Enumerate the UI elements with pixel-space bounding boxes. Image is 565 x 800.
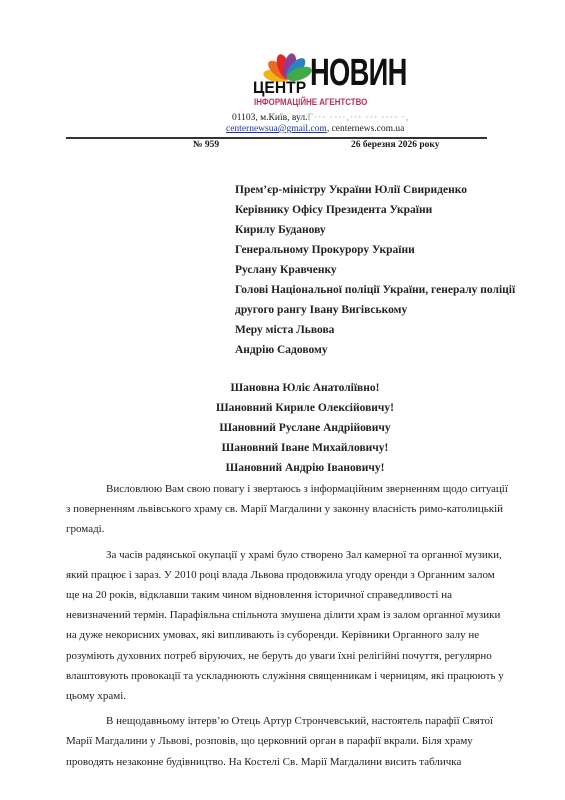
paragraph-line: невизначений термін. Парафіяльна спільно…: [66, 605, 528, 625]
addressee-line: Меру міста Львова: [235, 320, 515, 340]
paragraph: Висловлюю Вам свою повагу і звертаюсь з …: [66, 479, 528, 540]
addressee-line: Прем’єр-міністру України Юлії Свириденко: [235, 180, 515, 200]
address-text: 01103, м.Київ, вул.: [232, 113, 307, 123]
paragraph-line: В нещодавньому інтерв’ю Отець Артур Стро…: [66, 711, 528, 731]
paragraph: За часів радянської окупації у храмі бул…: [66, 545, 528, 707]
letter-body: Висловлюю Вам свою повагу і звертаюсь з …: [66, 479, 528, 772]
addressee-block: Прем’єр-міністру України Юлії Свириденко…: [235, 180, 515, 360]
postal-address: 01103, м.Київ, вул.Г··· ····,··· ··· ···…: [0, 113, 565, 123]
salutation-line: Шановний Руслане Андрійовичу: [0, 418, 565, 438]
paragraph: В нещодавньому інтерв’ю Отець Артур Стро…: [66, 711, 528, 772]
paragraph-line: на дуже некорисних умовах, які випливают…: [66, 625, 528, 645]
paragraph-line: який працює і зараз. У 2010 році влада Л…: [66, 565, 528, 585]
paragraph-line: цьому храмі.: [66, 686, 528, 706]
paragraph-line: Марії Магдалини у Львові, розповів, що ц…: [66, 731, 528, 751]
paragraph-line: ще на 20 років, відклавши таким чином ві…: [66, 585, 528, 605]
paragraph-line: влаштовують провокації та ускладнюють сл…: [66, 666, 528, 686]
header-divider: [66, 137, 487, 139]
document-date: 26 березня 2026 року: [351, 140, 440, 150]
letter-page: ЦЕНТР НОВИН ІНФОРМАЦІЙНЕ АГЕНТСТВО 01103…: [0, 0, 565, 800]
paragraph-line: Висловлюю Вам свою повагу і звертаюсь з …: [66, 479, 528, 499]
document-number: № 959: [193, 140, 219, 150]
logo: ЦЕНТР НОВИН ІНФОРМАЦІЙНЕ АГЕНТСТВО: [250, 42, 390, 108]
paragraph-line: проводять незаконне будівництво. На Кост…: [66, 752, 528, 772]
website-text: centernews.com.ua: [332, 124, 405, 134]
logo-tagline: ІНФОРМАЦІЙНЕ АГЕНТСТВО: [254, 97, 367, 107]
salutation-line: Шановний Іване Михайловичу!: [0, 438, 565, 458]
email-link[interactable]: centernewsua@gmail.com: [226, 124, 327, 134]
paragraph-line: За часів радянської окупації у храмі бул…: [66, 545, 528, 565]
addressee-line: Андрію Садовому: [235, 340, 515, 360]
paragraph-line: громаді.: [66, 519, 528, 539]
salutation-block: Шановна Юліє Анатоліївно!Шановний Кириле…: [0, 378, 565, 478]
logo-word-centr: ЦЕНТР: [253, 78, 306, 98]
paragraph-line: розуміють духовних потреб віруючих, не б…: [66, 646, 528, 666]
addressee-line: Руслану Кравченку: [235, 260, 515, 280]
salutation-line: Шановний Андрію Івановичу!: [0, 458, 565, 478]
addressee-line: Генеральному Прокурору України: [235, 240, 515, 260]
logo-word-novyn: НОВИН: [310, 54, 407, 92]
addressee-line: Керівнику Офісу Президента України: [235, 200, 515, 220]
salutation-line: Шановний Кириле Олексійовичу!: [0, 398, 565, 418]
contacts-line: centernewsua@gmail.com, centernews.com.u…: [226, 124, 404, 134]
peacock-fan-icon: [258, 42, 318, 82]
salutation-line: Шановна Юліє Анатоліївно!: [0, 378, 565, 398]
address-obscured: Г··· ····,··· ··· ···· ·,: [307, 113, 409, 123]
paragraph-line: з поверненням львівського храму св. Марі…: [66, 499, 528, 519]
addressee-line: Голові Національної поліції України, ген…: [235, 280, 515, 300]
addressee-line: другого рангу Івану Вигівському: [235, 300, 515, 320]
addressee-line: Кирилу Буданову: [235, 220, 515, 240]
